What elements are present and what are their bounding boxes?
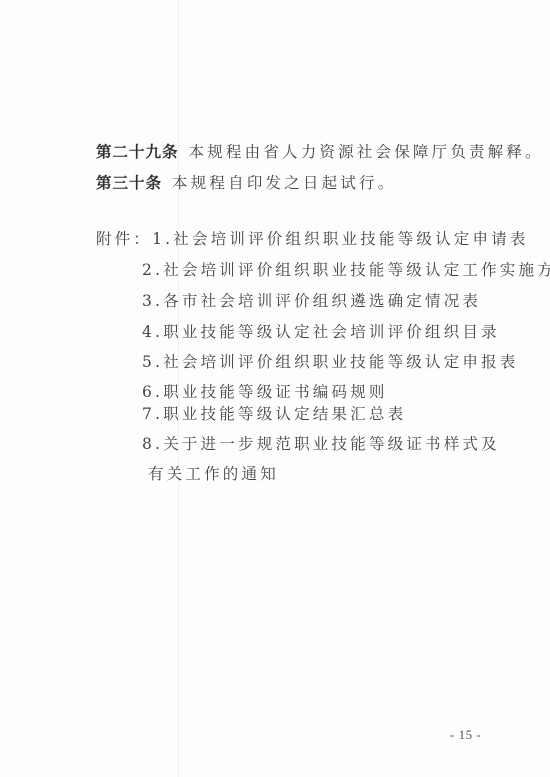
attachment-4: 4.职业技能等级认定社会培训评价组织目录	[142, 322, 500, 342]
attachment-5: 5.社会培训评价组织职业技能等级认定申报表	[142, 352, 519, 372]
attachment-item: 5.社会培训评价组织职业技能等级认定申报表	[142, 353, 519, 371]
attachment-3: 3.各市社会培训评价组织遴选确定情况表	[142, 291, 481, 311]
article-number: 第二十九条	[96, 143, 179, 161]
article-number: 第三十条	[96, 174, 162, 192]
attachment-1: 附件：1.社会培训评价组织职业技能等级认定申请表	[96, 229, 529, 249]
attachment-8-continuation: 有关工作的通知	[148, 464, 279, 484]
attachment-2: 2.社会培训评价组织职业技能等级认定工作实施方案	[142, 260, 550, 280]
attachment-item: 4.职业技能等级认定社会培训评价组织目录	[142, 323, 500, 341]
attachment-item: 2.社会培训评价组织职业技能等级认定工作实施方案	[142, 261, 550, 279]
attachment-item-continuation: 有关工作的通知	[148, 465, 279, 483]
article-29: 第二十九条本规程由省人力资源社会保障厅负责解释。	[96, 142, 544, 162]
attachment-item: 1.社会培训评价组织职业技能等级认定申请表	[152, 230, 529, 248]
article-text: 本规程由省人力资源社会保障厅负责解释。	[189, 143, 544, 161]
attachment-item: 3.各市社会培训评价组织遴选确定情况表	[142, 292, 481, 310]
article-30: 第三十条本规程自印发之日起试行。	[96, 173, 396, 193]
attachment-6: 6.职业技能等级证书编码规则	[142, 382, 388, 402]
article-text: 本规程自印发之日起试行。	[172, 174, 396, 192]
attachment-item: 7.职业技能等级认定结果汇总表	[142, 405, 406, 423]
attachment-item: 6.职业技能等级证书编码规则	[142, 383, 388, 401]
attachments-label: 附件：	[96, 230, 152, 248]
page-number: - 15 -	[450, 727, 481, 743]
attachment-8: 8.关于进一步规范职业技能等级证书样式及	[142, 434, 500, 454]
attachment-item: 8.关于进一步规范职业技能等级证书样式及	[142, 435, 500, 453]
document-page: 第二十九条本规程由省人力资源社会保障厅负责解释。 第三十条本规程自印发之日起试行…	[0, 0, 550, 777]
attachment-7: 7.职业技能等级认定结果汇总表	[142, 404, 406, 424]
